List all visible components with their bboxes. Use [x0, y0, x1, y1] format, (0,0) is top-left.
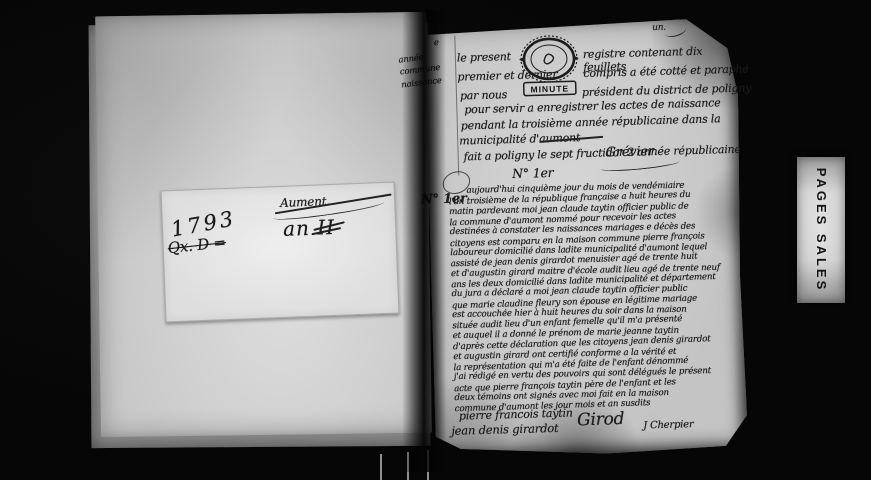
header-line: par nous — [460, 88, 508, 102]
archive-scan: Aument. 1793 Qx. D = an II e année commu… — [0, 0, 871, 480]
witness-signature: Girod — [577, 409, 625, 430]
right-page: e année commune naissance un. MINUTE le … — [424, 18, 748, 459]
act-number-heading: N° 1er — [512, 165, 554, 181]
pasted-slip: Aument. 1793 Qx. D = an II — [161, 182, 400, 323]
official-signature: Grévier — [605, 144, 654, 160]
witness-signature: jean denis girardot — [451, 421, 558, 438]
pages-sales-label: PAGES SALES — [797, 157, 845, 303]
header-line: le present — [457, 50, 511, 65]
film-tick — [380, 454, 382, 480]
birth-act-text: aujourd'hui cinquième jour du mois de ve… — [449, 179, 747, 415]
book-gutter-shadow — [402, 10, 446, 472]
header-line: président du district de poligny — [582, 81, 752, 99]
witness-signature: J Cherpier — [643, 419, 694, 431]
register-header: le present registre contenant dix feuill… — [457, 36, 739, 178]
pages-sales-label-text: PAGES SALES — [797, 157, 845, 303]
slip-revolutionary-year: an II — [283, 215, 336, 241]
header-line: premier et dernier — [457, 68, 557, 84]
